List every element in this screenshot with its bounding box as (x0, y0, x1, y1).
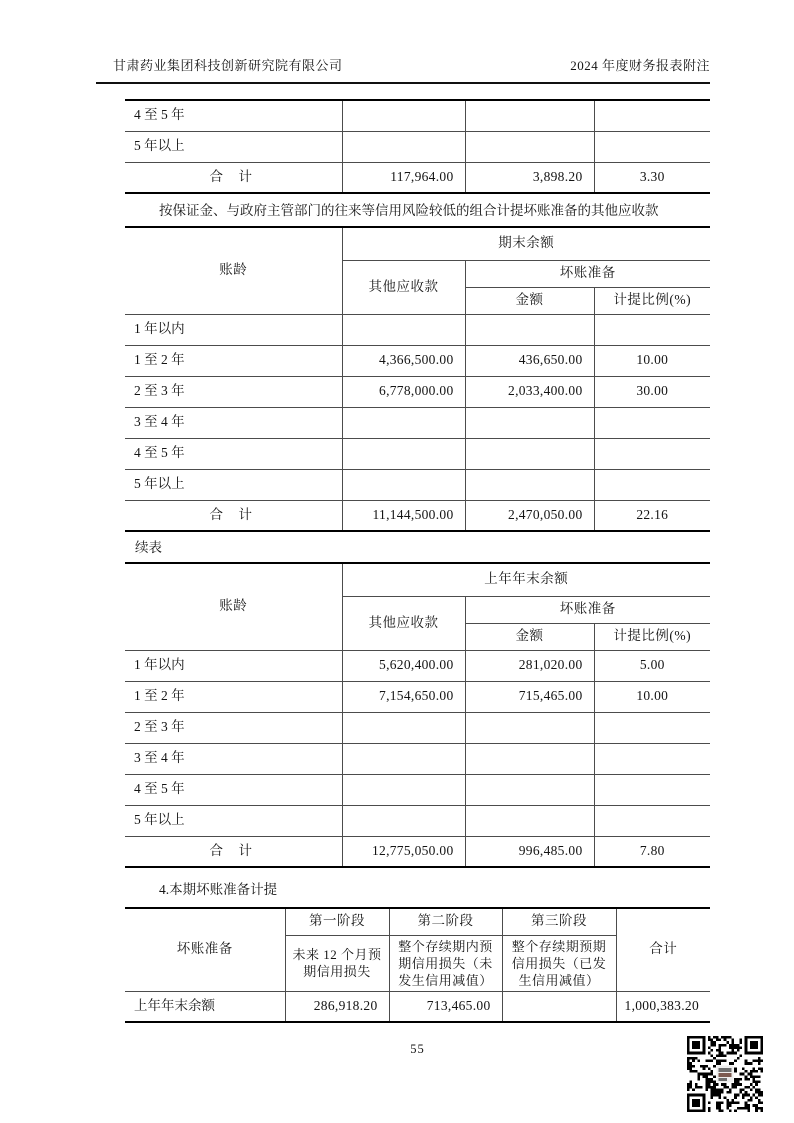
cell-ratio (594, 100, 710, 131)
col-header-balance: 期末余额 (342, 227, 710, 260)
col-header-other-receivables: 其他应收款 (342, 260, 465, 314)
table-row: 1 至 2 年 7,154,650.00 715,465.00 10.00 (125, 681, 710, 712)
col-header-stage1: 第一阶段 (285, 908, 389, 935)
col-header-bad-debt: 坏账准备 (465, 596, 710, 623)
cell-ratio (594, 774, 710, 805)
col-header-other-receivables: 其他应收款 (342, 596, 465, 650)
cell-provision: 996,485.00 (465, 836, 594, 867)
cell-amount (342, 131, 465, 162)
cell-amount (342, 743, 465, 774)
row-label: 上年年末余额 (125, 991, 285, 1022)
cell-ratio (594, 314, 710, 345)
table-row: 1 至 2 年 4,366,500.00 436,650.00 10.00 (125, 345, 710, 376)
row-label: 2 至 3 年 (125, 712, 342, 743)
table-row: 4 至 5 年 (125, 774, 710, 805)
cell-amount: 5,620,400.00 (342, 650, 465, 681)
row-label: 4 至 5 年 (125, 774, 342, 805)
cell-amount: 7,154,650.00 (342, 681, 465, 712)
cell-provision (465, 774, 594, 805)
table-row: 5 年以上 (125, 131, 710, 162)
table-row: 4 至 5 年 (125, 438, 710, 469)
cell-amount: 11,144,500.00 (342, 500, 465, 531)
row-label: 合 计 (125, 836, 342, 867)
row-label: 5 年以上 (125, 805, 342, 836)
cell-amount: 117,964.00 (342, 162, 465, 193)
cell-provision (465, 438, 594, 469)
cell-amount (342, 100, 465, 131)
table-row: 1 年以内 (125, 314, 710, 345)
page-number: 55 (125, 1042, 710, 1057)
stages-table: 坏账准备 第一阶段 第二阶段 第三阶段 合计 未来 12 个月预期信用损失 整个… (125, 907, 710, 1023)
header-row: 坏账准备 第一阶段 第二阶段 第三阶段 合计 (125, 908, 710, 935)
doc-title: 2024 年度财务报表附注 (570, 55, 710, 74)
table-row: 2 至 3 年 6,778,000.00 2,033,400.00 30.00 (125, 376, 710, 407)
intro-paragraph: 按保证金、与政府主管部门的往来等信用风险较低的组合计提坏账准备的其他应收款 (125, 202, 710, 219)
cell-amount (342, 438, 465, 469)
cell-provision (465, 407, 594, 438)
row-label: 1 至 2 年 (125, 345, 342, 376)
col-header-bad-debt: 坏账准备 (125, 908, 285, 991)
cell-ratio: 3.30 (594, 162, 710, 193)
cell-provision (465, 712, 594, 743)
cell-stage1: 286,918.20 (285, 991, 389, 1022)
aging-table-current: 账龄 期末余额 其他应收款 坏账准备 金额 计提比例(%) 1 年以内 1 至 … (125, 226, 710, 532)
cell-amount (342, 774, 465, 805)
col-header-balance: 上年年末余额 (342, 563, 710, 596)
table-row: 3 至 4 年 (125, 407, 710, 438)
cell-provision: 2,033,400.00 (465, 376, 594, 407)
row-label: 3 至 4 年 (125, 743, 342, 774)
row-label: 1 年以内 (125, 650, 342, 681)
cell-stage3 (502, 991, 616, 1022)
cell-amount (342, 314, 465, 345)
continued-table-label: 续表 (135, 536, 710, 556)
row-label: 1 至 2 年 (125, 681, 342, 712)
stage2-description: 整个存续期内预期信用损失（未发生信用减值） (389, 935, 502, 991)
col-header-amount: 金额 (465, 623, 594, 650)
col-header-aging: 账龄 (125, 563, 342, 650)
col-header-bad-debt: 坏账准备 (465, 260, 710, 287)
row-label: 5 年以上 (125, 131, 342, 162)
col-header-amount: 金额 (465, 287, 594, 314)
table-row: 5 年以上 (125, 805, 710, 836)
col-header-ratio: 计提比例(%) (594, 623, 710, 650)
cell-ratio (594, 743, 710, 774)
cell-amount: 12,775,050.00 (342, 836, 465, 867)
section-heading: 4.本期坏账准备计提 (125, 878, 710, 898)
cell-provision (465, 131, 594, 162)
company-name: 甘肃药业集团科技创新研究院有限公司 (113, 55, 343, 74)
col-header-stage3: 第三阶段 (502, 908, 616, 935)
row-label: 3 至 4 年 (125, 407, 342, 438)
stage1-description: 未来 12 个月预期信用损失 (285, 935, 389, 991)
cell-provision (465, 100, 594, 131)
table-row-total: 合 计 117,964.00 3,898.20 3.30 (125, 162, 710, 193)
row-label: 合 计 (125, 162, 342, 193)
cell-provision: 436,650.00 (465, 345, 594, 376)
page-content: 甘肃药业集团科技创新研究院有限公司 2024 年度财务报表附注 4 至 5 年 … (96, 55, 710, 1023)
cell-amount: 6,778,000.00 (342, 376, 465, 407)
stage3-description: 整个存续期预期信用损失（已发生信用减值） (502, 935, 616, 991)
qr-code-icon (687, 1036, 763, 1112)
cell-provision: 2,470,050.00 (465, 500, 594, 531)
row-label: 2 至 3 年 (125, 376, 342, 407)
table-row: 4 至 5 年 (125, 100, 710, 131)
cell-ratio: 10.00 (594, 345, 710, 376)
cell-ratio (594, 131, 710, 162)
aging-table-prior: 账龄 上年年末余额 其他应收款 坏账准备 金额 计提比例(%) 1 年以内 5,… (125, 562, 710, 868)
cell-provision: 281,020.00 (465, 650, 594, 681)
row-label: 5 年以上 (125, 469, 342, 500)
cell-provision: 3,898.20 (465, 162, 594, 193)
cell-ratio: 5.00 (594, 650, 710, 681)
row-label: 合 计 (125, 500, 342, 531)
cell-provision (465, 469, 594, 500)
document-header: 甘肃药业集团科技创新研究院有限公司 2024 年度财务报表附注 (96, 55, 710, 84)
cell-amount (342, 805, 465, 836)
header-row: 账龄 上年年末余额 (125, 563, 710, 596)
cell-ratio: 22.16 (594, 500, 710, 531)
row-label: 1 年以内 (125, 314, 342, 345)
cell-amount: 4,366,500.00 (342, 345, 465, 376)
table-row-total: 合 计 11,144,500.00 2,470,050.00 22.16 (125, 500, 710, 531)
cell-provision (465, 743, 594, 774)
cell-ratio (594, 469, 710, 500)
table-row: 3 至 4 年 (125, 743, 710, 774)
cell-ratio (594, 712, 710, 743)
cell-amount (342, 469, 465, 500)
cell-provision: 715,465.00 (465, 681, 594, 712)
col-header-total: 合计 (616, 908, 710, 991)
aging-table-fragment: 4 至 5 年 5 年以上 合 计 117,964.00 3,898.20 3.… (125, 99, 710, 194)
cell-provision (465, 805, 594, 836)
cell-ratio (594, 407, 710, 438)
cell-ratio: 10.00 (594, 681, 710, 712)
cell-stage2: 713,465.00 (389, 991, 502, 1022)
col-header-aging: 账龄 (125, 227, 342, 314)
table-row-total: 合 计 12,775,050.00 996,485.00 7.80 (125, 836, 710, 867)
cell-amount (342, 712, 465, 743)
table-row: 2 至 3 年 (125, 712, 710, 743)
cell-ratio (594, 805, 710, 836)
cell-ratio (594, 438, 710, 469)
table-row: 上年年末余额 286,918.20 713,465.00 1,000,383.2… (125, 991, 710, 1022)
cell-provision (465, 314, 594, 345)
table-row: 5 年以上 (125, 469, 710, 500)
table-row: 1 年以内 5,620,400.00 281,020.00 5.00 (125, 650, 710, 681)
cell-total: 1,000,383.20 (616, 991, 710, 1022)
row-label: 4 至 5 年 (125, 438, 342, 469)
col-header-ratio: 计提比例(%) (594, 287, 710, 314)
cell-ratio: 30.00 (594, 376, 710, 407)
row-label: 4 至 5 年 (125, 100, 342, 131)
cell-amount (342, 407, 465, 438)
cell-ratio: 7.80 (594, 836, 710, 867)
col-header-stage2: 第二阶段 (389, 908, 502, 935)
header-row: 账龄 期末余额 (125, 227, 710, 260)
